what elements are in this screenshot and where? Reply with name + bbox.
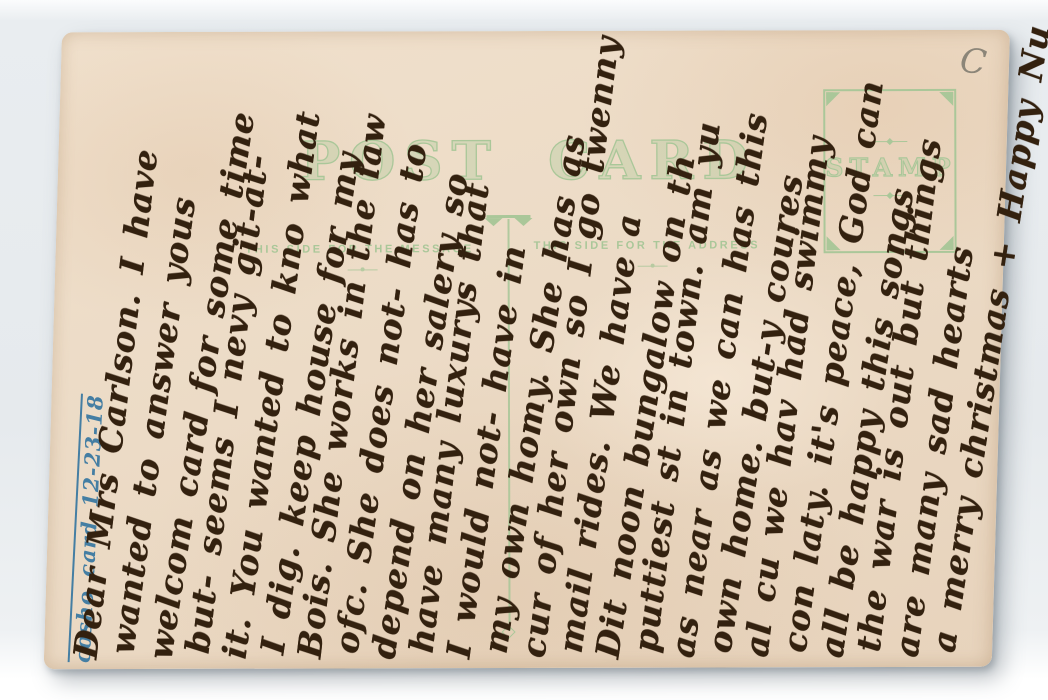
pencil-corner-mark: C <box>958 40 989 83</box>
postcard: POST CARD THIS SIDE FOR THE MESSAGE THIS… <box>44 30 1010 669</box>
handwritten-message: Dear Mrs Carlson. I havewanted to answer… <box>62 30 1012 669</box>
photo-background: POST CARD THIS SIDE FOR THE MESSAGE THIS… <box>0 0 1048 700</box>
